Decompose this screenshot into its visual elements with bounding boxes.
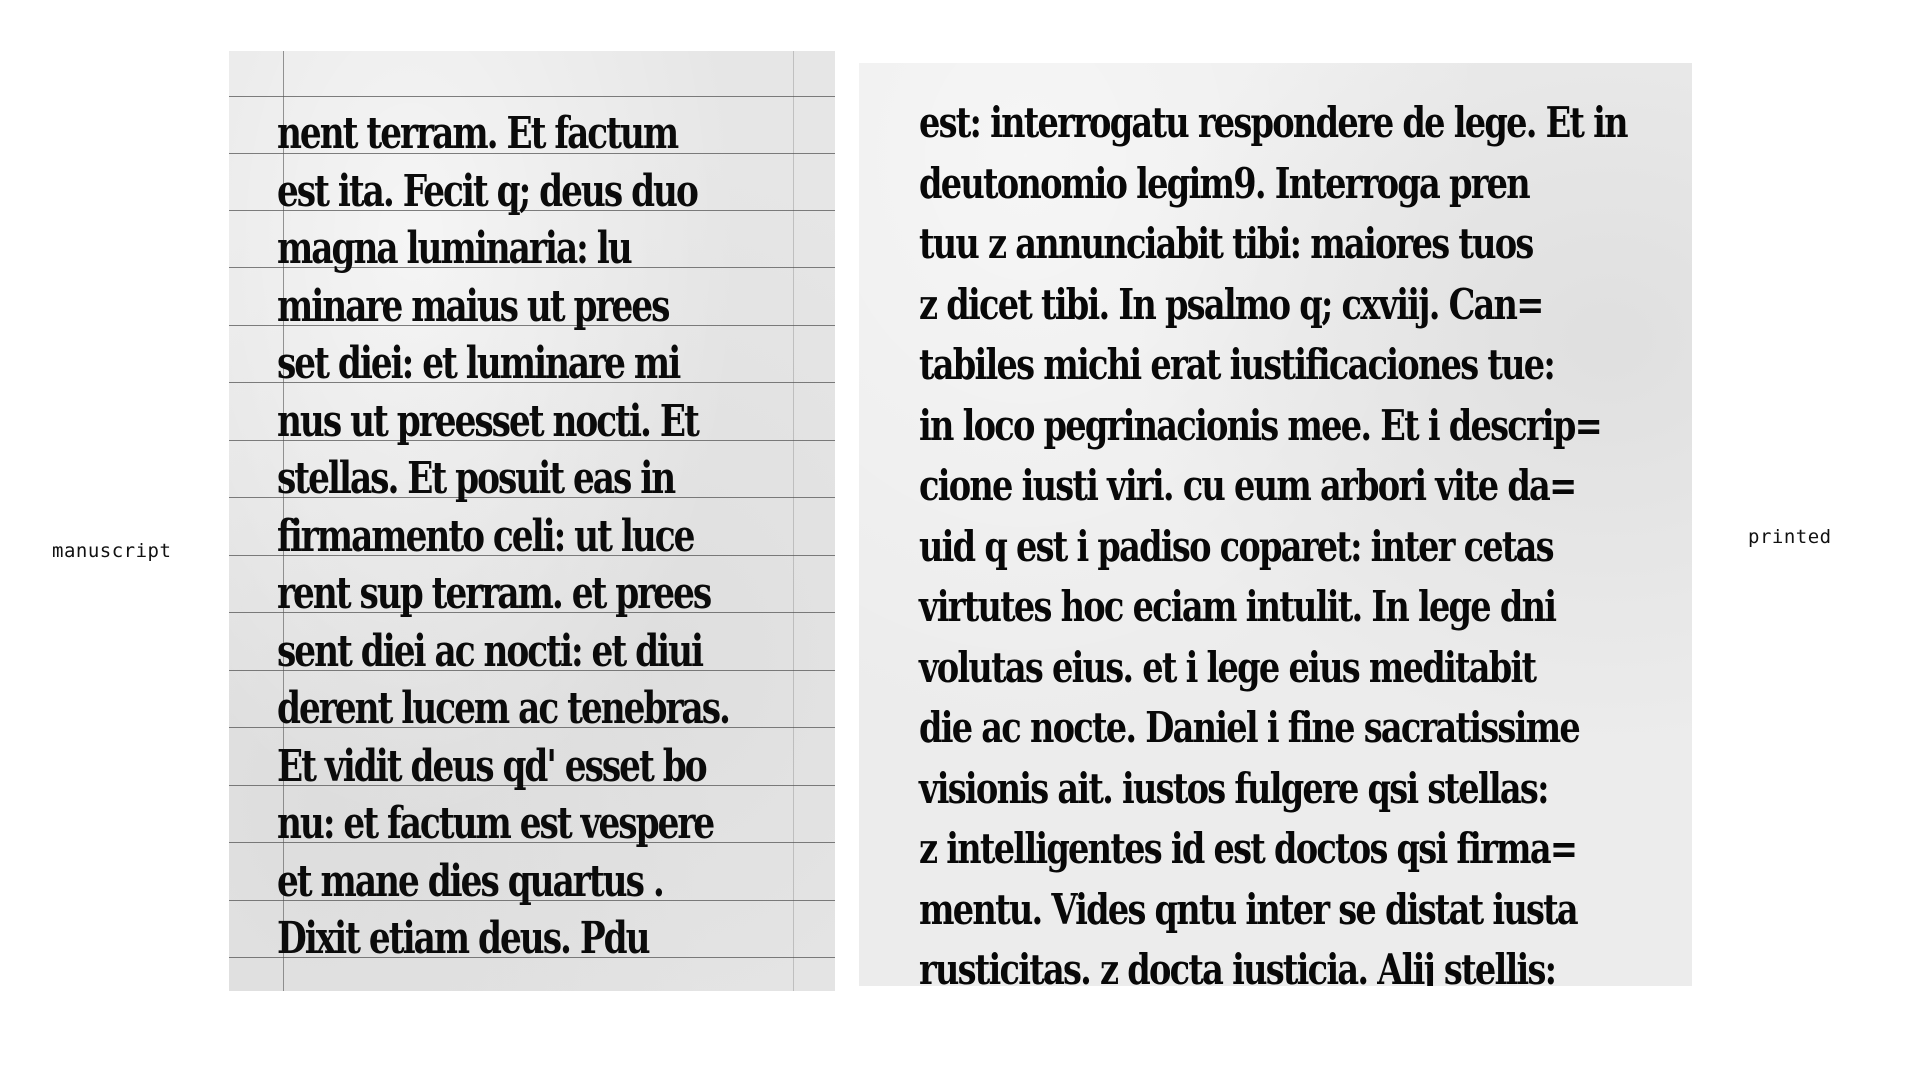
printed-text: est: interrogatu respondere de lege. Et … [919,93,1679,986]
printed-line: volutas eius. et i lege eius meditabit [919,638,1679,699]
printed-line: die ac nocte. Daniel i fine sacratissime [919,698,1679,759]
manuscript-line: et mane dies quartus . [277,853,823,911]
printed-image: est: interrogatu respondere de lege. Et … [859,63,1692,986]
printed-line: est: interrogatu respondere de lege. Et … [919,93,1679,154]
printed-line: in loco pegrinacionis mee. Et i descrip= [919,396,1679,457]
manuscript-line: Et vidit deus qd' esset bo [277,738,823,796]
printed-line: deutonomio legim9. Interroga pren [919,154,1679,215]
manuscript-line: derent lucem ac tenebras. [277,680,823,738]
manuscript-line: sent diei ac nocti: et diui [277,623,823,681]
manuscript-line: nu: et factum est vespere [277,795,823,853]
manuscript-line: firmamento celi: ut luce [277,508,823,566]
printed-line: uid q est i padiso coparet: inter cetas [919,517,1679,578]
ruled-line [229,96,835,97]
printed-line: rusticitas. z docta iusticia. Alij stell… [919,940,1679,986]
manuscript-line: nus ut preesset nocti. Et [277,393,823,451]
manuscript-line: set diei: et luminare mi [277,335,823,393]
manuscript-line: rent sup terram. et prees [277,565,823,623]
manuscript-label: manuscript [52,540,171,562]
printed-line: z intelligentes id est doctos qsi firma= [919,819,1679,880]
manuscript-line: est ita. Fecit q; deus duo [277,163,823,221]
printed-line: tabiles michi erat iustificaciones tue: [919,335,1679,396]
manuscript-line: Dixit etiam deus. Pdu [277,910,823,968]
manuscript-text: nent terram. Et factum est ita. Fecit q;… [277,105,817,968]
manuscript-line: minare maius ut prees [277,278,823,336]
printed-line: mentu. Vides qntu inter se distat iusta [919,880,1679,941]
manuscript-line: stellas. Et posuit eas in [277,450,823,508]
printed-line: z dicet tibi. In psalmo q; cxviij. Can= [919,275,1679,336]
manuscript-line: nent terram. Et factum [277,105,823,163]
manuscript-image: nent terram. Et factum est ita. Fecit q;… [229,51,835,991]
printed-label: printed [1748,526,1832,548]
printed-line: virtutes hoc eciam intulit. In lege dni [919,577,1679,638]
printed-line: tuu z annunciabit tibi: maiores tuos [919,214,1679,275]
manuscript-line: magna luminaria: lu [277,220,823,278]
printed-line: cione iusti viri. cu eum arbori vite da= [919,456,1679,517]
printed-line: visionis ait. iustos fulgere qsi stellas… [919,759,1679,820]
